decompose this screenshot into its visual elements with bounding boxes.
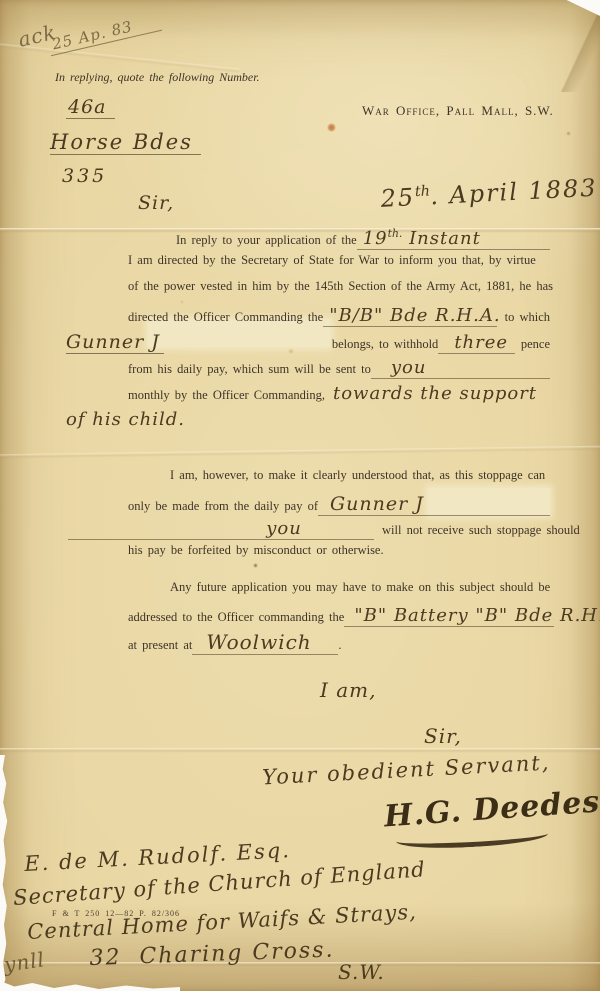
reply-instruction: In replying, quote the following Number.: [55, 70, 260, 85]
reference-number: 46a: [66, 96, 115, 119]
paper-crease-middle: [0, 446, 600, 459]
closing-obedient-servant: Your obedient Servant,: [262, 750, 551, 789]
closing-sir: Sir,: [424, 724, 462, 748]
paragraph-3: Any future application you may have to m…: [128, 580, 554, 655]
fold-top-right: [548, 0, 600, 92]
letter-date-day: 25: [380, 183, 416, 213]
paragraph-1-line-5: Gunner J belongs, to withhold three penc…: [66, 331, 550, 357]
paragraph-3-line-1: Any future application you may have to m…: [128, 580, 554, 605]
paragraph-1-line-4: directed the Officer Commanding the "B/B…: [128, 305, 550, 331]
recipient-district: S.W.: [338, 960, 385, 984]
handwritten-entry-recipient: you: [377, 357, 427, 378]
paragraph-1-line-3: of the power vested in him by the 145th …: [128, 279, 550, 305]
paragraph-1-line-1: In reply to your application of the 19th…: [128, 227, 550, 253]
handwritten-entry-recipient-2: you: [146, 518, 302, 539]
printed-text: I am, however, to make it clearly unders…: [170, 468, 545, 483]
printed-text: addressed to the Officer commanding the: [128, 610, 344, 625]
paragraph-1-line-6: from his daily pay, which sum will be se…: [128, 357, 550, 383]
printed-text: pence: [515, 337, 550, 352]
printed-text: In reply to your application of the: [176, 233, 357, 248]
handwritten-entry-soldier-name: Gunner J: [66, 331, 164, 354]
printed-text: belongs, to withhold: [332, 337, 438, 352]
letter-date-suffix: th: [414, 183, 430, 200]
paragraph-2-line-4: his pay be forfeited by misconduct or ot…: [128, 543, 550, 568]
handwritten-entry-brigade: "B/B" Bde R.H.A.: [329, 305, 500, 326]
closing-i-am: I am,: [320, 678, 377, 702]
handwritten-entry-purpose: towards the support: [325, 383, 537, 404]
handwritten-entry-location: Woolwich: [198, 630, 311, 654]
paragraph-2-line-2: only be made from the daily pay of Gunne…: [128, 493, 550, 518]
printed-text: will not receive such stoppage should: [374, 523, 580, 538]
paragraph-1-line-8: of his child.: [66, 409, 550, 435]
salutation: Sir,: [138, 192, 174, 214]
office-address: War Office, Pall Mall, S.W.: [362, 103, 554, 119]
printed-text: .: [338, 638, 341, 653]
marginal-scribble: ynll: [3, 947, 47, 976]
paragraph-2-line-3: you will not receive such stoppage shoul…: [68, 518, 550, 543]
reference-unit: Horse Bdes: [50, 130, 201, 155]
paragraph-1-line-7: monthly by the Officer Commanding, towar…: [128, 383, 550, 409]
printed-text: to which: [497, 310, 550, 325]
paragraph-1-line-2: I am directed by the Secretary of State …: [128, 253, 550, 279]
printed-text: from his daily pay, which sum will be se…: [128, 362, 371, 377]
printed-text: his pay be forfeited by misconduct or ot…: [128, 543, 384, 558]
torn-edge-bottom: [0, 981, 180, 991]
letter-date-rest: . April 1883.: [429, 173, 600, 210]
printed-text: I am directed by the Secretary of State …: [128, 253, 536, 268]
printed-text: only be made from the daily pay of: [128, 499, 318, 514]
printed-text: directed the Officer Commanding the: [128, 310, 323, 325]
stain-dot: [327, 123, 336, 132]
paragraph-2: I am, however, to make it clearly unders…: [128, 468, 550, 568]
recipient-organisation: Central Home for Waifs & Strays,: [27, 900, 418, 944]
handwritten-entry-battery: "B" Battery "B" Bde R.H.A.: [350, 605, 600, 626]
handwritten-entry-date-of-application: 19th. Instant: [363, 228, 481, 249]
handwritten-entry-amount: three: [444, 332, 508, 353]
letter-page: ack 25 Ap. 83 In replying, quote the fol…: [0, 0, 600, 991]
printed-text: of the power vested in him by the 145th …: [128, 279, 553, 294]
paragraph-3-line-2: addressed to the Officer commanding the …: [128, 605, 554, 630]
paragraph-1: In reply to your application of the 19th…: [128, 227, 550, 435]
reference-number-2: 335: [62, 165, 107, 187]
handwritten-entry-soldier-name-2: Gunner J: [324, 493, 424, 515]
printed-text: at present at: [128, 638, 192, 653]
printed-text: monthly by the Officer Commanding,: [128, 388, 325, 403]
paragraph-3-line-3: at present at Woolwich .: [128, 630, 554, 655]
handwritten-entry-purpose-2: of his child.: [66, 409, 185, 430]
stain-dot: [566, 131, 571, 136]
paragraph-2-line-1: I am, however, to make it clearly unders…: [128, 468, 550, 493]
printed-text: Any future application you may have to m…: [170, 580, 550, 595]
